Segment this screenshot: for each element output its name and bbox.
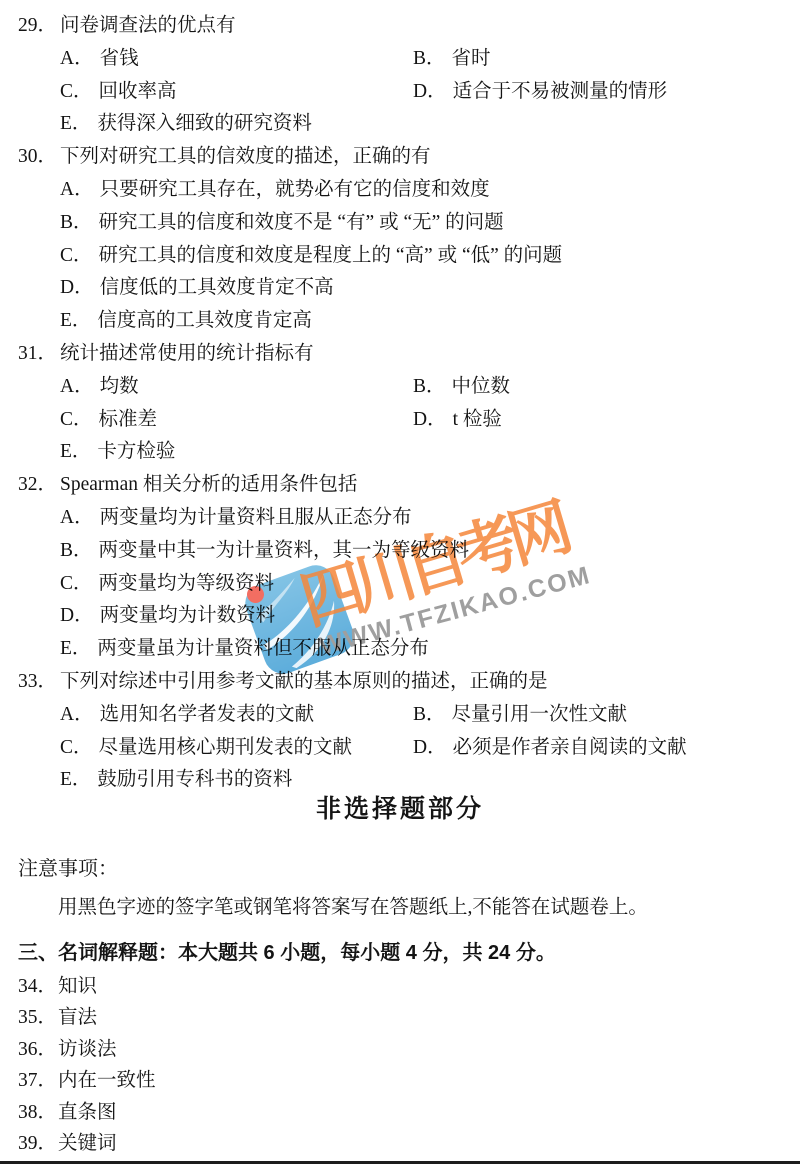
option-text: 回收率高	[99, 81, 177, 102]
option-e: E．信度高的工具效度肯定高	[60, 305, 312, 338]
option-d: D．必须是作者亲自阅读的文献	[413, 732, 687, 765]
option-text: 鼓励引用专科书的资料	[97, 769, 292, 790]
item-39: 39． 关键词	[0, 1128, 800, 1159]
question-stem: Spearman 相关分析的适用条件包括	[60, 469, 357, 502]
item-text: 知识	[58, 971, 97, 1002]
question-31: 31． 统计描述常使用的统计指标有	[0, 338, 800, 371]
option-b: B．中位数	[413, 371, 510, 404]
option-e: E．卡方检验	[60, 436, 175, 469]
question-33-options-cd: C．尽量选用核心期刊发表的文献 D．必须是作者亲自阅读的文献	[0, 732, 800, 765]
option-text: 获得深入细致的研究资料	[97, 113, 312, 134]
option-letter: E．	[60, 436, 91, 469]
option-letter: E．	[60, 633, 91, 666]
option-b: B．尽量引用一次性文献	[413, 699, 627, 732]
notice-body: 用黑色字迹的签字笔或钢笔将答案写在答题纸上,不能答在试题卷上。	[58, 895, 648, 921]
question-30: 30． 下列对研究工具的信效度的描述，正确的有	[0, 141, 800, 174]
option-c: C．回收率高	[60, 76, 177, 109]
option-a: A．省钱	[60, 43, 139, 76]
option-text: 尽量选用核心期刊发表的文献	[99, 737, 353, 758]
option-b: B．研究工具的信度和效度不是 “有” 或 “无” 的问题	[60, 207, 504, 240]
question-32-option-b: B．两变量中其一为计量资料，其一为等级资料	[0, 535, 800, 568]
question-32-option-a: A．两变量均为计量资料且服从正态分布	[0, 502, 800, 535]
item-number: 39．	[18, 1128, 57, 1159]
item-number: 37．	[18, 1065, 57, 1096]
option-letter: D．	[60, 272, 94, 305]
option-a: A．均数	[60, 371, 139, 404]
option-b: B．两变量中其一为计量资料，其一为等级资料	[60, 535, 469, 568]
option-d: D．适合于不易被测量的情形	[413, 76, 667, 109]
option-letter: A．	[60, 174, 94, 207]
question-32-option-c: C．两变量均为等级资料	[0, 568, 800, 601]
option-text: 省时	[452, 48, 491, 69]
item-number: 35．	[18, 1002, 57, 1033]
item-text: 关键词	[58, 1128, 117, 1159]
option-e: E．鼓励引用专科书的资料	[60, 764, 292, 797]
option-c: C．尽量选用核心期刊发表的文献	[60, 732, 352, 765]
question-31-options-ab: A．均数 B．中位数	[0, 371, 800, 404]
question-31-option-e: E．卡方检验	[0, 436, 800, 469]
exam-paper-page: 29． 问卷调查法的优点有 A．省钱 B．省时 C．回收率高 D．适合于不易被测…	[0, 0, 800, 1164]
option-letter: B．	[413, 371, 446, 404]
option-letter: C．	[60, 732, 93, 765]
option-letter: C．	[60, 76, 93, 109]
option-text: 两变量均为计量资料且服从正态分布	[100, 507, 412, 528]
option-letter: A．	[60, 43, 94, 76]
option-text: 卡方检验	[97, 441, 175, 462]
question-32: 32． Spearman 相关分析的适用条件包括	[0, 469, 800, 502]
option-text: 中位数	[452, 376, 511, 397]
item-number: 38．	[18, 1097, 57, 1128]
question-32-option-e: E．两变量虽为计量资料但不服从正态分布	[0, 633, 800, 666]
mcq-section: 29． 问卷调查法的优点有 A．省钱 B．省时 C．回收率高 D．适合于不易被测…	[0, 10, 800, 797]
question-33: 33． 下列对综述中引用参考文献的基本原则的描述，正确的是	[0, 666, 800, 699]
question-29: 29． 问卷调查法的优点有	[0, 10, 800, 43]
option-letter: E．	[60, 305, 91, 338]
option-text: 适合于不易被测量的情形	[453, 81, 668, 102]
question-30-option-d: D．信度低的工具效度肯定不高	[0, 272, 800, 305]
option-d: D．两变量均为计数资料	[60, 600, 275, 633]
option-a: A．两变量均为计量资料且服从正态分布	[60, 502, 412, 535]
question-31-options-cd: C．标准差 D．t 检验	[0, 404, 800, 437]
question-number: 29．	[18, 10, 57, 43]
option-text: 只要研究工具存在，就势必有它的信度和效度	[100, 179, 490, 200]
question-29-options-ab: A．省钱 B．省时	[0, 43, 800, 76]
question-30-option-c: C．研究工具的信度和效度是程度上的 “高” 或 “低” 的问题	[0, 240, 800, 273]
option-c: C．标准差	[60, 404, 157, 437]
item-35: 35． 盲法	[0, 1002, 800, 1033]
option-text: 信度高的工具效度肯定高	[97, 310, 312, 331]
option-letter: C．	[60, 568, 93, 601]
section-heading: 非选择题部分	[0, 794, 800, 824]
option-b: B．省时	[413, 43, 491, 76]
option-a: A．选用知名学者发表的文献	[60, 699, 314, 732]
item-34: 34． 知识	[0, 971, 800, 1002]
option-a: A．只要研究工具存在，就势必有它的信度和效度	[60, 174, 490, 207]
option-e: E．获得深入细致的研究资料	[60, 108, 312, 141]
option-text: 均数	[100, 376, 139, 397]
option-e: E．两变量虽为计量资料但不服从正态分布	[60, 633, 429, 666]
option-text: t 检验	[453, 409, 502, 430]
item-text: 直条图	[58, 1097, 117, 1128]
option-text: 研究工具的信度和效度不是 “有” 或 “无” 的问题	[99, 212, 504, 233]
option-letter: D．	[60, 600, 94, 633]
item-number: 36．	[18, 1034, 57, 1065]
option-text: 两变量均为等级资料	[99, 573, 275, 594]
question-number: 31．	[18, 338, 57, 371]
option-letter: A．	[60, 699, 94, 732]
item-38: 38． 直条图	[0, 1097, 800, 1128]
option-text: 研究工具的信度和效度是程度上的 “高” 或 “低” 的问题	[99, 245, 563, 266]
item-36: 36． 访谈法	[0, 1034, 800, 1065]
option-letter: D．	[413, 76, 447, 109]
question-number: 30．	[18, 141, 57, 174]
option-text: 标准差	[99, 409, 158, 430]
option-d: D．t 检验	[413, 404, 502, 437]
option-letter: B．	[413, 699, 446, 732]
option-d: D．信度低的工具效度肯定不高	[60, 272, 334, 305]
question-30-option-e: E．信度高的工具效度肯定高	[0, 305, 800, 338]
option-letter: A．	[60, 371, 94, 404]
question-30-option-b: B．研究工具的信度和效度不是 “有” 或 “无” 的问题	[0, 207, 800, 240]
item-text: 盲法	[58, 1002, 97, 1033]
option-letter: C．	[60, 240, 93, 273]
question-30-option-a: A．只要研究工具存在，就势必有它的信度和效度	[0, 174, 800, 207]
question-32-option-d: D．两变量均为计数资料	[0, 600, 800, 633]
option-letter: B．	[60, 535, 93, 568]
option-letter: D．	[413, 404, 447, 437]
question-stem: 下列对研究工具的信效度的描述，正确的有	[60, 141, 431, 174]
section3-header: 三、名词解释题：本大题共 6 小题，每小题 4 分，共 24 分。	[18, 940, 556, 966]
option-letter: B．	[60, 207, 93, 240]
option-text: 选用知名学者发表的文献	[100, 704, 315, 725]
question-33-options-ab: A．选用知名学者发表的文献 B．尽量引用一次性文献	[0, 699, 800, 732]
definition-items: 34． 知识 35． 盲法 36． 访谈法 37． 内在一致性 38． 直条图 …	[0, 971, 800, 1159]
question-number: 32．	[18, 469, 57, 502]
question-29-options-cd: C．回收率高 D．适合于不易被测量的情形	[0, 76, 800, 109]
option-letter: B．	[413, 43, 446, 76]
option-text: 信度低的工具效度肯定不高	[100, 277, 334, 298]
option-letter: C．	[60, 404, 93, 437]
option-text: 必须是作者亲自阅读的文献	[453, 737, 687, 758]
option-text: 两变量中其一为计量资料，其一为等级资料	[99, 540, 470, 561]
question-stem: 问卷调查法的优点有	[60, 10, 236, 43]
question-number: 33．	[18, 666, 57, 699]
option-letter: E．	[60, 108, 91, 141]
question-29-option-e: E．获得深入细致的研究资料	[0, 108, 800, 141]
item-number: 34．	[18, 971, 57, 1002]
item-text: 访谈法	[58, 1034, 117, 1065]
option-letter: E．	[60, 764, 91, 797]
question-stem: 下列对综述中引用参考文献的基本原则的描述，正确的是	[60, 666, 548, 699]
option-letter: D．	[413, 732, 447, 765]
option-text: 两变量均为计数资料	[100, 605, 276, 626]
option-c: C．研究工具的信度和效度是程度上的 “高” 或 “低” 的问题	[60, 240, 562, 273]
option-text: 省钱	[100, 48, 139, 69]
question-33-option-e: E．鼓励引用专科书的资料	[0, 764, 800, 797]
item-text: 内在一致性	[58, 1065, 156, 1096]
notice-label: 注意事项：	[18, 856, 118, 882]
option-letter: A．	[60, 502, 94, 535]
item-37: 37． 内在一致性	[0, 1065, 800, 1096]
option-text: 尽量引用一次性文献	[452, 704, 628, 725]
question-stem: 统计描述常使用的统计指标有	[60, 338, 314, 371]
option-c: C．两变量均为等级资料	[60, 568, 274, 601]
option-text: 两变量虽为计量资料但不服从正态分布	[97, 638, 429, 659]
